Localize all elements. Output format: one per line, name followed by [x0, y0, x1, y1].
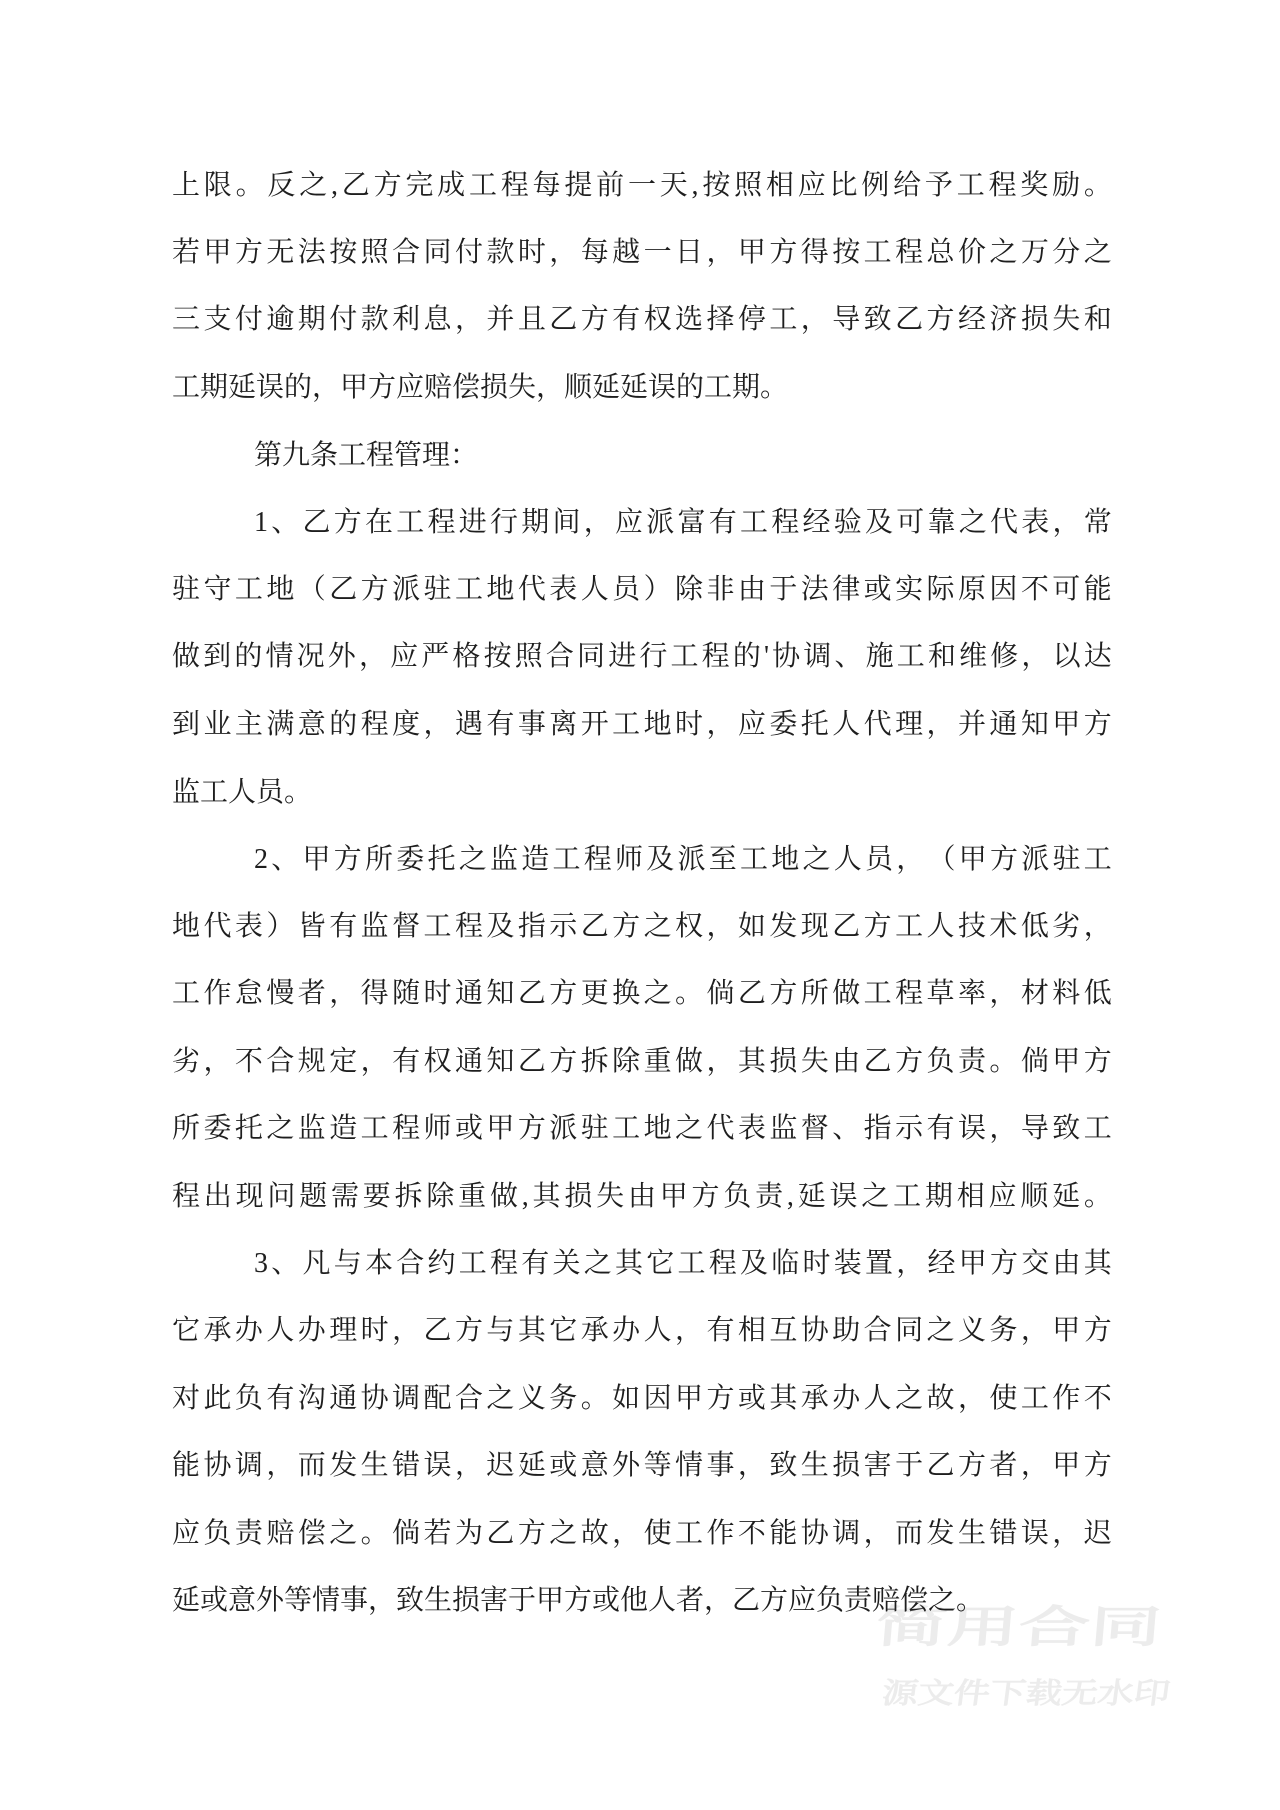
text-char: ） — [266, 913, 294, 941]
text-char: 而 — [298, 1452, 326, 1480]
text-char: 延 — [1052, 1183, 1080, 1211]
text-char: 委 — [769, 711, 797, 739]
text-char: 应 — [988, 1183, 1016, 1211]
text-char: 修 — [990, 643, 1018, 671]
text-char: 及 — [486, 913, 514, 941]
text-char: 随 — [392, 980, 420, 1008]
text-char: 临 — [771, 1250, 799, 1278]
text-char: 到 — [203, 643, 231, 671]
text-char: 之 — [644, 913, 672, 941]
text-char: 工 — [895, 913, 923, 941]
text-char: 到 — [172, 711, 200, 739]
text-char: ， — [706, 239, 734, 267]
text-char: 甲 — [302, 846, 330, 874]
text-char: 理 — [329, 1317, 357, 1345]
text-char: 、 — [834, 643, 862, 671]
text-char: 越 — [612, 239, 640, 267]
text-char: 代 — [706, 1115, 734, 1143]
text-char: 工 — [740, 509, 768, 537]
text-char: 现 — [236, 1183, 264, 1211]
text-line: 三支付逾期付款利息，并且乙方有权选择停工，导致乙方经济损失和 — [172, 287, 1112, 354]
text-char: 延 — [518, 1452, 546, 1480]
text-char: 每 — [533, 172, 561, 200]
text-char: 迟 — [486, 1452, 514, 1480]
text-char: 方 — [374, 172, 402, 200]
text-char: 方 — [958, 1452, 986, 1480]
text-char: 得 — [361, 980, 389, 1008]
text-char: 损 — [1021, 306, 1049, 334]
text-char: 一 — [644, 239, 672, 267]
text-char: 工 — [864, 239, 892, 267]
text-char: 比 — [830, 172, 858, 200]
text-char: 甲 — [203, 239, 231, 267]
text-char: 协 — [361, 1385, 389, 1413]
text-char: 离 — [549, 711, 577, 739]
text-char: 者 — [989, 1452, 1017, 1480]
text-char: 经 — [958, 306, 986, 334]
text-char: 损 — [769, 1048, 797, 1076]
text-char: 程 — [702, 643, 730, 671]
text-line: 驻守工地（乙方派驻工地代表人员）除非由于法律或实际原因不可能 — [172, 556, 1112, 623]
text-char: 给 — [893, 172, 921, 200]
text-char: 或 — [455, 1115, 483, 1143]
text-char: 派 — [677, 846, 705, 874]
watermark-subtitle: 源文件下载无水印 — [880, 1679, 1172, 1709]
text-char: 程 — [988, 172, 1016, 200]
text-char: 乙 — [518, 1048, 546, 1076]
text-char: 员 — [612, 576, 640, 604]
text-char: 奖 — [1020, 172, 1048, 200]
text-char: 如 — [612, 1385, 640, 1413]
text-char: 拆 — [581, 1048, 609, 1076]
text-char: 更 — [581, 980, 609, 1008]
text-char: 协 — [801, 1520, 829, 1548]
text-char: 方 — [549, 1048, 577, 1076]
text-char: 方 — [1084, 1317, 1112, 1345]
text-char: 派 — [392, 576, 420, 604]
text-char: 置 — [865, 1250, 893, 1278]
text-char: 合 — [546, 643, 574, 671]
text-char: 有 — [521, 1250, 549, 1278]
text-char: 合 — [392, 239, 420, 267]
text-char: 有 — [266, 1385, 294, 1413]
text-char: 方 — [692, 1183, 720, 1211]
text-char: 业 — [203, 711, 231, 739]
text-char: 以 — [1053, 643, 1081, 671]
text-char: 期 — [298, 306, 326, 334]
text-char: ， — [896, 1250, 924, 1278]
text-char: ， — [1052, 1520, 1080, 1548]
text-char: 达 — [1084, 643, 1112, 671]
text-char: 发 — [927, 1520, 955, 1548]
text-char: 。 — [1084, 172, 1112, 200]
text-char: 本 — [365, 1250, 393, 1278]
text-char: , — [522, 1183, 529, 1211]
text-char: 经 — [802, 509, 830, 537]
text-char: 相 — [738, 1317, 766, 1345]
text-char: 为 — [455, 1520, 483, 1548]
text-char: 慢 — [266, 980, 294, 1008]
text-char: 程 — [427, 509, 455, 537]
text-char: 情 — [265, 643, 293, 671]
text-char: 驻 — [424, 576, 452, 604]
text-char: 重 — [644, 1048, 672, 1076]
text-char: 工 — [1084, 846, 1112, 874]
text-line: 做到的情况外，应严格按照合同进行工程的'协调、施工和维修，以达 — [172, 624, 1112, 691]
text-char: 同 — [895, 1317, 923, 1345]
text-char: 顺 — [1020, 1183, 1048, 1211]
text-char: 分 — [1052, 239, 1080, 267]
text-char: 地 — [644, 1115, 672, 1143]
text-char: 其 — [615, 1250, 643, 1278]
text-char: 装 — [834, 1250, 862, 1278]
text-char: 事 — [518, 711, 546, 739]
text-char: 其 — [769, 1385, 797, 1413]
text-char: 时 — [802, 1250, 830, 1278]
document-page: 简用合同 源文件下载无水印 上限。反之,乙方完成工程每提前一天,按照相应比例给予… — [0, 0, 1280, 1810]
text-char: 除 — [675, 576, 703, 604]
text-char: 主 — [235, 711, 263, 739]
text-char: 工 — [235, 576, 263, 604]
text-char: 托 — [427, 846, 455, 874]
text-char: 换 — [612, 980, 640, 1008]
text-char: 者 — [298, 980, 326, 1008]
text-char: 指 — [518, 913, 546, 941]
text-char: 通 — [329, 1385, 357, 1413]
text-char: 此 — [203, 1385, 231, 1413]
text-char: 有 — [486, 711, 514, 739]
text-line: 工期延误的，甲方应赔偿损失，顺延延误的工期。 — [172, 354, 1112, 421]
text-char: 。 — [581, 1385, 609, 1413]
text-char: , — [331, 172, 338, 200]
text-char: 提 — [564, 172, 592, 200]
text-char: 劣 — [1052, 913, 1080, 941]
text-char: 应 — [390, 643, 418, 671]
text-char: 其 — [518, 1317, 546, 1345]
text-char: 关 — [552, 1250, 580, 1278]
text-line: 3、凡与本合约工程有关之其它工程及临时装置，经甲方交由其 — [172, 1230, 1112, 1297]
text-char: 乙 — [581, 913, 609, 941]
text-char: 人 — [266, 1317, 294, 1345]
text-char: 方 — [1084, 1452, 1112, 1480]
text-char: 、 — [271, 509, 299, 537]
text-char: ， — [989, 980, 1017, 1008]
text-char: 迟 — [1084, 1520, 1112, 1548]
text-char: 若 — [172, 239, 200, 267]
text-char: 低 — [1084, 980, 1112, 1008]
text-char: 造 — [521, 846, 549, 874]
text-char: 实 — [895, 576, 923, 604]
text-char: 甲 — [959, 1250, 987, 1278]
text-char: 之 — [895, 1385, 923, 1413]
text-char: 法 — [801, 576, 829, 604]
text-char: 应 — [738, 711, 766, 739]
text-char: 有 — [612, 306, 640, 334]
text-char: 委 — [396, 846, 424, 874]
text-char: 工 — [740, 846, 768, 874]
text-char: 因 — [989, 576, 1017, 604]
text-char: 。 — [236, 172, 264, 200]
text-char: 程 — [172, 1183, 200, 1211]
text-char: 交 — [1021, 1250, 1049, 1278]
text-char: 乙 — [518, 980, 546, 1008]
text-char: 负 — [203, 1520, 231, 1548]
text-char: 理 — [895, 711, 923, 739]
text-char: 做 — [832, 980, 860, 1008]
text-char: 、 — [271, 1250, 299, 1278]
text-char: 指 — [864, 1115, 892, 1143]
text-char: 所 — [172, 1115, 200, 1143]
text-char: 。 — [1084, 1183, 1112, 1211]
text-char: 方 — [990, 1250, 1018, 1278]
text-line: 监工人员。 — [172, 759, 1112, 826]
text-char: 程 — [361, 711, 389, 739]
text-char: 完 — [405, 172, 433, 200]
text-line: 所委托之监造工程师或甲方派驻工地之代表监督、指示有误，导致工 — [172, 1095, 1112, 1162]
text-char: 人 — [644, 1317, 672, 1345]
text-char: 行 — [490, 509, 518, 537]
text-char: ， — [958, 1385, 986, 1413]
text-char: 甲 — [959, 846, 987, 874]
text-char: 致 — [769, 1452, 797, 1480]
text-line: 劣，不合规定，有权通知乙方拆除重做，其损失由乙方负责。倘甲方 — [172, 1028, 1112, 1095]
text-char: 乙 — [738, 980, 766, 1008]
text-char: 导 — [1021, 1115, 1049, 1143]
text-char: 。 — [989, 1048, 1017, 1076]
text-char: 工 — [612, 1115, 640, 1143]
text-char: 误 — [830, 1183, 858, 1211]
text-char: 至 — [709, 846, 737, 874]
text-char: 发 — [329, 1452, 357, 1480]
text-char: 权 — [424, 1048, 452, 1076]
text-char: 时 — [518, 239, 546, 267]
text-char: 和 — [1084, 306, 1112, 334]
text-char: ， — [738, 1452, 766, 1480]
text-char: 济 — [989, 306, 1017, 334]
text-char: 与 — [486, 1317, 514, 1345]
text-char: 作 — [706, 1520, 734, 1548]
text-char: ， — [989, 1115, 1017, 1143]
text-char: 、 — [271, 846, 299, 874]
text-char: 价 — [958, 239, 986, 267]
text-char: 2 — [254, 846, 268, 874]
text-char: 行 — [639, 643, 667, 671]
text-char: 甲 — [1052, 711, 1080, 739]
text-char: 按 — [484, 643, 512, 671]
text-char: 做 — [490, 1183, 518, 1211]
text-char: 工 — [396, 509, 424, 537]
text-char: 责 — [755, 1183, 783, 1211]
text-char: 进 — [459, 509, 487, 537]
text-char: 照 — [734, 172, 762, 200]
document-body: 上限。反之,乙方完成工程每提前一天,按照相应比例给予工程奖励。若甲方无法按照合同… — [172, 152, 1112, 1635]
text-char: 由 — [832, 1048, 860, 1076]
text-char: 协 — [772, 643, 800, 671]
text-char: 甲 — [1052, 1317, 1080, 1345]
text-char: 办 — [832, 1385, 860, 1413]
text-char: ， — [549, 239, 577, 267]
text-char: 方 — [895, 1048, 923, 1076]
text-char: 致 — [1052, 1115, 1080, 1143]
text-char: 人 — [832, 711, 860, 739]
text-char: 度 — [392, 711, 420, 739]
text-char: 误 — [424, 1452, 452, 1480]
text-char: 律 — [832, 576, 860, 604]
text-char: 前 — [596, 172, 624, 200]
text-char: 于 — [895, 1452, 923, 1480]
text-char: 督 — [392, 913, 420, 941]
text-char: 方 — [455, 1317, 483, 1345]
text-line: 地代表）皆有监督工程及指示乙方之权，如发现乙方工人技术低劣， — [172, 893, 1112, 960]
text-char: 工 — [455, 576, 483, 604]
text-char: 派 — [646, 509, 674, 537]
text-char: ， — [1021, 1317, 1049, 1345]
text-char: 时 — [675, 711, 703, 739]
text-char: 需 — [331, 1183, 359, 1211]
text-char: 之 — [927, 1317, 955, 1345]
text-char: 生 — [958, 1520, 986, 1548]
text-char: 而 — [895, 1520, 923, 1548]
text-char: 低 — [1021, 913, 1049, 941]
text-char: 负 — [235, 1385, 263, 1413]
text-char: 之 — [989, 239, 1017, 267]
text-char: 方 — [518, 1115, 546, 1143]
text-char: 外 — [328, 643, 356, 671]
text-char: 之 — [329, 1520, 357, 1548]
text-char: 其 — [533, 1183, 561, 1211]
text-line: 延或意外等情事，致生损害于甲方或他人者，乙方应负责赔偿之。 — [172, 1567, 1112, 1634]
text-char: 工 — [459, 1250, 487, 1278]
text-char: 天 — [660, 172, 688, 200]
text-char: 由 — [1052, 1250, 1080, 1278]
text-char: 工 — [552, 846, 580, 874]
text-char: 地 — [644, 711, 672, 739]
text-char: 乙 — [424, 1317, 452, 1345]
text-char: 题 — [299, 1183, 327, 1211]
text-char: 故 — [581, 1520, 609, 1548]
text-char: 程 — [490, 1250, 518, 1278]
text-char: 程 — [392, 1115, 420, 1143]
text-char: 重 — [458, 1183, 486, 1211]
text-char: 工 — [897, 643, 925, 671]
text-char: 合 — [864, 1317, 892, 1345]
text-char: 上 — [172, 172, 200, 200]
text-char: 不 — [1021, 576, 1049, 604]
text-char: 及 — [865, 509, 893, 537]
text-char: 偿 — [298, 1520, 326, 1548]
text-char: 损 — [832, 1452, 860, 1480]
text-char: ， — [706, 1048, 734, 1076]
text-char: 责 — [958, 1048, 986, 1076]
text-char: 生 — [361, 1452, 389, 1480]
text-char: 工 — [893, 1183, 921, 1211]
text-char: 方 — [334, 509, 362, 537]
text-char: ， — [675, 1317, 703, 1345]
text-char: 相 — [766, 172, 794, 200]
text-char: 承 — [203, 1317, 231, 1345]
text-char: 师 — [615, 846, 643, 874]
text-char: 按 — [832, 239, 860, 267]
text-char: 程 — [709, 1250, 737, 1278]
text-char: 凡 — [302, 1250, 330, 1278]
text-char: 不 — [235, 1048, 263, 1076]
text-char: 可 — [896, 509, 924, 537]
text-char: 反 — [267, 172, 295, 200]
text-char: 方 — [235, 239, 263, 267]
text-char: 并 — [486, 306, 514, 334]
text-char: 相 — [957, 1183, 985, 1211]
text-char: 损 — [564, 1183, 592, 1211]
text-char: 务 — [549, 1385, 577, 1413]
text-line: 程出现问题需要拆除重做,其损失由甲方负责,延误之工期相应顺延。 — [172, 1163, 1112, 1230]
text-char: 的 — [234, 643, 262, 671]
text-char: 成 — [437, 172, 465, 200]
text-char: 方 — [1084, 1048, 1112, 1076]
text-char: 倘 — [1021, 1048, 1049, 1076]
text-char: 怠 — [235, 980, 263, 1008]
text-char: 方 — [927, 306, 955, 334]
text-char: 方 — [361, 576, 389, 604]
text-char: 办 — [298, 1317, 326, 1345]
text-char: 靠 — [927, 509, 955, 537]
text-char: ， — [1052, 509, 1080, 537]
text-char: 权 — [644, 306, 672, 334]
text-char: 之 — [549, 1520, 577, 1548]
text-char: 应 — [172, 1520, 200, 1548]
text-char: ， — [266, 1452, 294, 1480]
text-char: 失 — [596, 1183, 624, 1211]
text-char: 对 — [172, 1385, 200, 1413]
text-char: 方 — [581, 306, 609, 334]
text-char: 作 — [1052, 1385, 1080, 1413]
text-char: 方 — [769, 239, 797, 267]
text-char: 程 — [771, 509, 799, 537]
text-char: ， — [1084, 913, 1112, 941]
text-char: 调 — [392, 1385, 420, 1413]
text-line: 到业主满意的程度，遇有事离开工地时，应委托人代理，并通知甲方 — [172, 691, 1112, 758]
text-char: 工 — [957, 172, 985, 200]
text-char: 发 — [769, 913, 797, 941]
text-char: 工 — [172, 980, 200, 1008]
text-char: ） — [644, 576, 672, 604]
text-char: 料 — [1052, 980, 1080, 1008]
text-char: 它 — [549, 1317, 577, 1345]
text-char: 支 — [203, 306, 231, 334]
text-char: 协 — [801, 1317, 829, 1345]
text-char: 或 — [549, 1452, 577, 1480]
text-char: 经 — [927, 1250, 955, 1278]
text-char: 如 — [738, 913, 766, 941]
text-char: 不 — [1084, 1385, 1112, 1413]
text-char: 同 — [577, 643, 605, 671]
text-char: 程 — [895, 980, 923, 1008]
text-char: 工 — [361, 1115, 389, 1143]
text-line: 对此负有沟通协调配合之义务。如因甲方或其承办人之故，使工作不 — [172, 1365, 1112, 1432]
text-char: 助 — [832, 1317, 860, 1345]
text-char: 表 — [549, 576, 577, 604]
text-char: 办 — [235, 1317, 263, 1345]
text-char: 法 — [298, 239, 326, 267]
text-char: 师 — [424, 1115, 452, 1143]
text-char: 除 — [612, 1048, 640, 1076]
text-char: 甲 — [486, 1115, 514, 1143]
text-char: 情 — [675, 1452, 703, 1480]
text-char: 之 — [584, 1250, 612, 1278]
text-char: 表 — [1021, 509, 1049, 537]
text-char: 程 — [455, 913, 483, 941]
text-char: 例 — [861, 172, 889, 200]
text-line: 工作怠慢者，得随时通知乙方更换之。倘乙方所做工程草率，材料低 — [172, 961, 1112, 1028]
